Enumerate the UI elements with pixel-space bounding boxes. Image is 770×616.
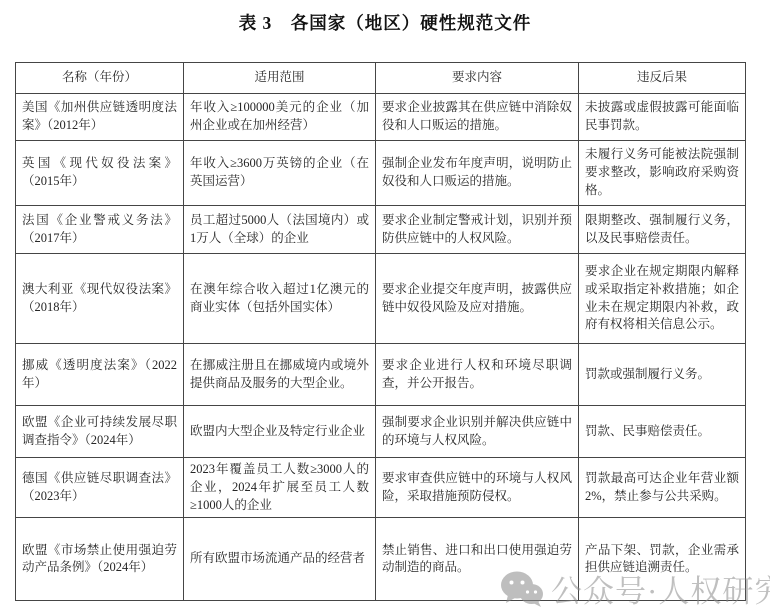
cell-scope: 在澳年综合收入超过1亿澳元的商业实体（包括外国实体） xyxy=(184,254,376,344)
document-page: 表 3 各国家（地区）硬性规范文件 名称（年份） 适用范围 要求内容 违反后果 … xyxy=(0,0,770,616)
cell-scope: 所有欧盟市场流通产品的经营者 xyxy=(184,518,376,601)
cell-requirements: 强制企业发布年度声明，说明防止奴役和人口贩运的措施。 xyxy=(376,141,579,206)
cell-consequences: 产品下架、罚款，企业需承担供应链追溯责任。 xyxy=(579,518,746,601)
cell-consequences: 罚款或强制履行义务。 xyxy=(579,344,746,406)
cell-requirements: 要求审查供应链中的环境与人权风险，采取措施预防侵权。 xyxy=(376,458,579,518)
table-row: 澳大利亚《现代奴役法案》（2018年） 在澳年综合收入超过1亿澳元的商业实体（包… xyxy=(16,254,746,344)
cell-requirements: 要求企业进行人权和环境尽职调查，并公开报告。 xyxy=(376,344,579,406)
cell-scope: 年收入≥3600万英镑的企业（在英国运营） xyxy=(184,141,376,206)
cell-name: 英国《现代奴役法案》（2015年） xyxy=(16,141,184,206)
cell-consequences: 罚款、民事赔偿责任。 xyxy=(579,406,746,458)
col-header-name-year: 名称（年份） xyxy=(16,63,184,94)
table-row: 欧盟《企业可持续发展尽职调查指令》（2024年） 欧盟内大型企业及特定行业企业 … xyxy=(16,406,746,458)
cell-name: 澳大利亚《现代奴役法案》（2018年） xyxy=(16,254,184,344)
table-row: 欧盟《市场禁止使用强迫劳动产品条例》（2024年） 所有欧盟市场流通产品的经营者… xyxy=(16,518,746,601)
cell-scope: 年收入≥100000美元的企业（加州企业或在加州经营） xyxy=(184,94,376,141)
cell-name: 德国《供应链尽职调查法》（2023年） xyxy=(16,458,184,518)
cell-name: 法国《企业警戒义务法》（2017年） xyxy=(16,206,184,254)
cell-consequences: 未披露或虚假披露可能面临民事罚款。 xyxy=(579,94,746,141)
cell-name: 挪威《透明度法案》（2022年） xyxy=(16,344,184,406)
cell-consequences: 限期整改、强制履行义务，以及民事赔偿责任。 xyxy=(579,206,746,254)
cell-requirements: 禁止销售、进口和出口使用强迫劳动制造的商品。 xyxy=(376,518,579,601)
table-row: 法国《企业警戒义务法》（2017年） 员工超过5000人（法国境内）或1万人（全… xyxy=(16,206,746,254)
cell-scope: 2023年覆盖员工人数≥3000人的企业，2024年扩展至员工人数≥1000人的… xyxy=(184,458,376,518)
col-header-consequences: 违反后果 xyxy=(579,63,746,94)
col-header-scope: 适用范围 xyxy=(184,63,376,94)
header-row: 名称（年份） 适用范围 要求内容 违反后果 xyxy=(16,63,746,94)
cell-consequences: 罚款最高可达企业年营业额2%，禁止参与公共采购。 xyxy=(579,458,746,518)
cell-scope: 员工超过5000人（法国境内）或1万人（全球）的企业 xyxy=(184,206,376,254)
table-row: 美国《加州供应链透明度法案》（2012年） 年收入≥100000美元的企业（加州… xyxy=(16,94,746,141)
table-row: 挪威《透明度法案》（2022年） 在挪威注册且在挪威境内或境外提供商品及服务的大… xyxy=(16,344,746,406)
cell-consequences: 未履行义务可能被法院强制要求整改，影响政府采购资格。 xyxy=(579,141,746,206)
col-header-requirements: 要求内容 xyxy=(376,63,579,94)
table-row: 英国《现代奴役法案》（2015年） 年收入≥3600万英镑的企业（在英国运营） … xyxy=(16,141,746,206)
cell-requirements: 要求企业披露其在供应链中消除奴役和人口贩运的措施。 xyxy=(376,94,579,141)
cell-requirements: 要求企业制定警戒计划，识别并预防供应链中的人权风险。 xyxy=(376,206,579,254)
regulations-table: 名称（年份） 适用范围 要求内容 违反后果 美国《加州供应链透明度法案》（201… xyxy=(15,62,746,601)
cell-requirements: 强制要求企业识别并解决供应链中的环境与人权风险。 xyxy=(376,406,579,458)
cell-requirements: 要求企业提交年度声明，披露供应链中奴役风险及应对措施。 xyxy=(376,254,579,344)
cell-scope: 欧盟内大型企业及特定行业企业 xyxy=(184,406,376,458)
cell-consequences: 要求企业在规定期限内解释或采取指定补救措施；如企业未在规定期限内补救，政府有权将… xyxy=(579,254,746,344)
table-title: 表 3 各国家（地区）硬性规范文件 xyxy=(0,10,770,35)
cell-name: 欧盟《企业可持续发展尽职调查指令》（2024年） xyxy=(16,406,184,458)
cell-name: 美国《加州供应链透明度法案》（2012年） xyxy=(16,94,184,141)
table-row: 德国《供应链尽职调查法》（2023年） 2023年覆盖员工人数≥3000人的企业… xyxy=(16,458,746,518)
cell-scope: 在挪威注册且在挪威境内或境外提供商品及服务的大型企业。 xyxy=(184,344,376,406)
cell-name: 欧盟《市场禁止使用强迫劳动产品条例》（2024年） xyxy=(16,518,184,601)
